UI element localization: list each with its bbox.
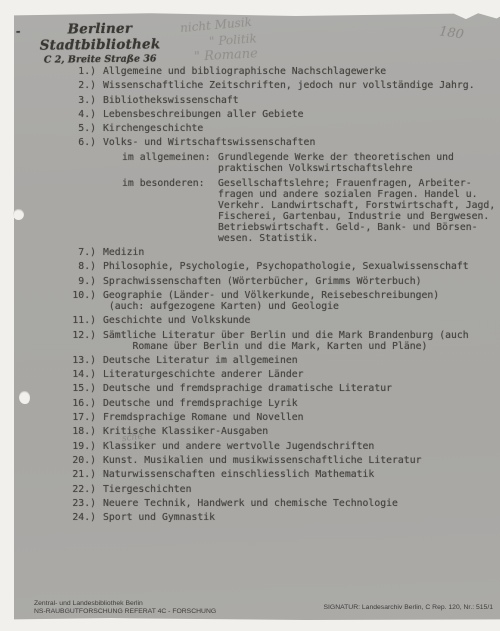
list-item-number: 16.) <box>72 398 96 409</box>
list-item-line: Lebensbeschreibungen aller Gebiete <box>103 109 500 120</box>
list-item-text: Deutsche Literatur im allgemeinen <box>103 355 500 366</box>
sub-section-line: praktischen Volkswirtschaftslehre <box>218 163 500 174</box>
list-item: 5.)Kirchengeschichte <box>72 123 500 134</box>
list-item-text: Neuere Technik, Handwerk und chemische T… <box>103 498 500 509</box>
list-item-text: Wissenschaftliche Zeitschriften, jedoch … <box>103 80 500 91</box>
list-item-number: 6.) <box>72 137 96 148</box>
list-item-text: Naturwissenschaften einschliesslich Math… <box>103 469 500 480</box>
list-item-line: Medizin <box>103 247 500 258</box>
sub-section-line: Grundlegende Werke der theoretischen und <box>218 152 500 163</box>
list-item-line: Volks- und Wirtschaftswissenschaften <box>103 137 500 148</box>
list-item: 2.)Wissenschaftliche Zeitschriften, jedo… <box>72 80 500 91</box>
list-item: 14.)Literaturgeschichte anderer Länder <box>72 369 500 380</box>
list-item-number: 15.) <box>72 383 96 394</box>
list-item-number: 19.) <box>72 441 96 452</box>
list-item-text: Tiergeschichten <box>103 484 500 495</box>
stamp-dash: - <box>16 25 21 38</box>
list-item-text: Kritische Klassiker-Ausgaben <box>103 426 500 437</box>
list-item-line: Tiergeschichten <box>103 484 500 495</box>
list-item-text: Sport und Gymnastik <box>103 512 500 523</box>
sub-section-label: im besonderen: <box>122 178 218 244</box>
list-item: 16.)Deutsche und fremdsprachige Lyrik <box>72 398 500 409</box>
list-item: 1.)Allgemeine und bibliographische Nachs… <box>72 66 500 77</box>
list-item-line: Deutsche Literatur im allgemeinen <box>103 355 500 366</box>
stamp-library-name: Berliner Stadtbibliothek <box>20 20 180 54</box>
sub-section-line: fragen und andere sozialen Fragen. Hande… <box>218 189 500 200</box>
list-item-number: 23.) <box>72 498 96 509</box>
list-item-text: Geschichte und Volkskunde <box>103 315 500 326</box>
list-item-number: 2.) <box>72 80 96 91</box>
list-item-text: Allgemeine und bibliographische Nachschl… <box>103 66 500 77</box>
list-item: 15.)Deutsche und fremdsprachige dramatis… <box>72 383 500 394</box>
sub-section-line: Fischerei, Gartenbau, Industrie und Berg… <box>218 211 500 222</box>
sub-section-line: Verkehr. Landwirtschaft, Forstwirtschaft… <box>218 200 500 211</box>
list-item-text: Sämtliche Literatur über Berlin und die … <box>103 330 500 352</box>
scan-background: { "page_number": "180", "stamp": { "dash… <box>0 0 500 631</box>
sub-section-row: im allgemeinen:Grundlegende Werke der th… <box>72 152 500 174</box>
list-item-line: Deutsche und fremdsprachige Lyrik <box>103 398 500 409</box>
library-stamp: - Berliner Stadtbibliothek C 2, Breite S… <box>20 20 180 66</box>
hole-punch-bottom <box>19 391 30 404</box>
list-item: 7.)Medizin <box>72 247 500 258</box>
list-item-number: 5.) <box>72 123 96 134</box>
list-item-number: 17.) <box>72 412 96 423</box>
list-item-number: 10.) <box>72 290 96 312</box>
archive-institution: Zentral- und Landesbibliothek Berlin <box>34 600 216 608</box>
list-item-number: 7.) <box>72 247 96 258</box>
list-item-number: 3.) <box>72 95 96 106</box>
archive-department: NS-RAUBGUTFORSCHUNG REFERAT 4C - FORSCHU… <box>34 608 216 616</box>
list-item-number: 22.) <box>72 484 96 495</box>
list-item-text: Deutsche und fremdsprachige Lyrik <box>103 398 500 409</box>
list-item-line: Deutsche und fremdsprachige dramatische … <box>103 383 500 394</box>
list-item: 21.)Naturwissenschaften einschliesslich … <box>72 469 500 480</box>
list-item: 8.)Philosophie, Psychologie, Psychopatho… <box>72 261 500 272</box>
list-item-text: Medizin <box>103 247 500 258</box>
list-item: 9.)Sprachwissenschaften (Wörterbücher, G… <box>72 276 500 287</box>
list-item: 23.)Neuere Technik, Handwerk und chemisc… <box>72 498 500 509</box>
list-item-text: Philosophie, Psychologie, Psychopatholog… <box>103 261 500 272</box>
list-item-text: Kunst. Musikalien und musikwissenschaftl… <box>103 455 500 466</box>
list-item-line: Romane über Berlin und die Mark, Karten … <box>103 341 500 352</box>
list-item-number: 1.) <box>72 66 96 77</box>
sub-section-line: wesen. Statistik. <box>218 233 500 244</box>
list-item-text: Bibliothekswissenschaft <box>103 95 500 106</box>
list-item-number: 4.) <box>72 109 96 120</box>
document-paper: - Berliner Stadtbibliothek C 2, Breite S… <box>14 13 500 620</box>
list-item: 12.)Sämtliche Literatur über Berlin und … <box>72 330 500 352</box>
archive-signature: SIGNATUR: Landesarchiv Berlin, C Rep. 12… <box>324 604 494 612</box>
sub-section-line: Betriebswirtschaft. Geld-, Bank- und Bör… <box>218 222 500 233</box>
list-item: 17.)Fremdsprachige Romane und Novellen <box>72 412 500 423</box>
list-item-line: (auch: aufgezogene Karten) und Geologie <box>103 301 500 312</box>
list-item: 3.)Bibliothekswissenschaft <box>72 95 500 106</box>
stamp-address: C 2, Breite Straße 36 <box>20 53 180 66</box>
list-item-number: 14.) <box>72 369 96 380</box>
list-item-line: Sport und Gymnastik <box>103 512 500 523</box>
list-item-line: Sprachwissenschaften (Wörterbücher, Grim… <box>103 276 500 287</box>
list-item-line: Sämtliche Literatur über Berlin und die … <box>103 330 500 341</box>
list-item-number: 11.) <box>72 315 96 326</box>
list-item-number: 18.) <box>72 426 96 437</box>
list-item: 6.)Volks- und Wirtschaftswissenschaften <box>72 137 500 148</box>
list-item-text: Deutsche und fremdsprachige dramatische … <box>103 383 500 394</box>
pencil-page-number: 180 <box>438 24 465 42</box>
list-item: 11.)Geschichte und Volkskunde <box>72 315 500 326</box>
list-item-line: Geographie (Länder- und Völkerkunde, Rei… <box>103 290 500 301</box>
sub-section-row: im besonderen:Gesellschaftslehre; Frauen… <box>72 178 500 244</box>
list-item-text: Kirchengeschichte <box>103 123 500 134</box>
list-item-text: Lebensbeschreibungen aller Gebiete <box>103 109 500 120</box>
archive-footer-left: Zentral- und Landesbibliothek Berlin NS-… <box>34 600 216 616</box>
pencil-note-3: " Romane <box>194 46 259 64</box>
list-item-line: Allgemeine und bibliographische Nachschl… <box>103 66 500 77</box>
list-item-number: 12.) <box>72 330 96 352</box>
list-item-line: Wissenschaftliche Zeitschriften, jedoch … <box>103 80 500 91</box>
list-item-line: Klassiker und andere wertvolle Jugendsch… <box>103 441 500 452</box>
list-item-line: Literaturgeschichte anderer Länder <box>103 369 500 380</box>
list-item-line: Bibliothekswissenschaft <box>103 95 500 106</box>
sub-section-label: im allgemeinen: <box>122 152 218 174</box>
list-item-text: Klassiker und andere wertvolle Jugendsch… <box>103 441 500 452</box>
sub-section-text: Grundlegende Werke der theoretischen und… <box>218 152 500 174</box>
list-item-number: 9.) <box>72 276 96 287</box>
list-item-line: Fremdsprachige Romane und Novellen <box>103 412 500 423</box>
typed-list: 1.)Allgemeine und bibliographische Nachs… <box>72 66 500 526</box>
list-item-text: Volks- und Wirtschaftswissenschaften <box>103 137 500 148</box>
list-item-text: Geographie (Länder- und Völkerkunde, Rei… <box>103 290 500 312</box>
list-item-line: Geschichte und Volkskunde <box>103 315 500 326</box>
list-item-number: 8.) <box>72 261 96 272</box>
list-item-line: Neuere Technik, Handwerk und chemische T… <box>103 498 500 509</box>
sub-section-text: Gesellschaftslehre; Frauenfragen, Arbeit… <box>218 178 500 244</box>
list-item: 19.)Klassiker und andere wertvolle Jugen… <box>72 441 500 452</box>
list-item-line: Naturwissenschaften einschliesslich Math… <box>103 469 500 480</box>
hole-punch-top <box>13 209 24 220</box>
list-item: 18.)Kritische Klassiker-Ausgaben <box>72 426 500 437</box>
list-item: 20.)Kunst. Musikalien und musikwissensch… <box>72 455 500 466</box>
list-item: 13.)Deutsche Literatur im allgemeinen <box>72 355 500 366</box>
sub-section: im allgemeinen:Grundlegende Werke der th… <box>72 152 500 243</box>
list-item-text: Fremdsprachige Romane und Novellen <box>103 412 500 423</box>
list-item-text: Literaturgeschichte anderer Länder <box>103 369 500 380</box>
list-item: 22.)Tiergeschichten <box>72 484 500 495</box>
list-item-number: 20.) <box>72 455 96 466</box>
list-item: 24.)Sport und Gymnastik <box>72 512 500 523</box>
sub-section-line: Gesellschaftslehre; Frauenfragen, Arbeit… <box>218 178 500 189</box>
list-item: 10.)Geographie (Länder- und Völkerkunde,… <box>72 290 500 312</box>
list-item-number: 13.) <box>72 355 96 366</box>
list-item-number: 24.) <box>72 512 96 523</box>
list-item-number: 21.) <box>72 469 96 480</box>
list-item-line: Kritische Klassiker-Ausgaben <box>103 426 500 437</box>
list-item-line: Philosophie, Psychologie, Psychopatholog… <box>103 261 500 272</box>
list-item-text: Sprachwissenschaften (Wörterbücher, Grim… <box>103 276 500 287</box>
list-item-line: Kirchengeschichte <box>103 123 500 134</box>
list-item-line: Kunst. Musikalien und musikwissenschaftl… <box>103 455 500 466</box>
list-item: 4.)Lebensbeschreibungen aller Gebiete <box>72 109 500 120</box>
